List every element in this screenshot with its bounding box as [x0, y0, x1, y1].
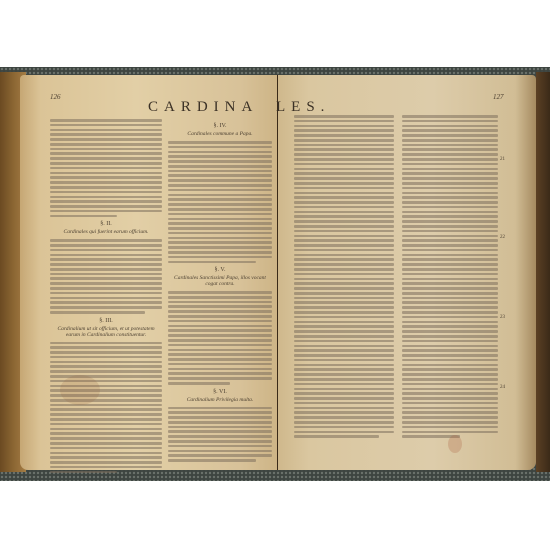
section-title: Cardinalium ut sit officium, et ut potes… [50, 326, 162, 338]
book-cover-right-edge [536, 72, 550, 472]
section-marker: §. III. [50, 318, 162, 324]
section-title: Cardinales commune a Papa. [168, 131, 272, 137]
section-title: Cardinales Sanctissimi Papa, illos vocan… [168, 275, 272, 287]
section-marker: §. V. [168, 267, 272, 273]
paper-stain [448, 435, 462, 453]
left-page: 126 CARDINA §. II. Cardinales qui fuerin… [20, 75, 278, 470]
section-title: Cardinalium Privilegia multa. [168, 397, 272, 403]
section-marker: §. VI. [168, 389, 272, 395]
margin-number: 23 [500, 315, 505, 320]
right-page-number: 127 [493, 93, 504, 101]
left-page-column-2: §. IV. Cardinales commune a Papa. §. V. … [168, 119, 272, 464]
left-page-column-1: §. II. Cardinales qui fuerint earum offi… [50, 119, 162, 475]
right-page-column-2 [402, 115, 498, 440]
margin-number: 24 [500, 385, 505, 390]
section-title: Cardinales qui fuerint earum officium. [50, 229, 162, 235]
section-marker: §. IV. [168, 123, 272, 129]
right-page-column-1 [294, 115, 394, 440]
margin-number: 22 [500, 235, 505, 240]
left-running-head: CARDINA [148, 99, 258, 116]
right-page: LES. 127 21 [278, 75, 536, 470]
left-page-number: 126 [50, 93, 61, 101]
paper-stain [60, 375, 100, 405]
right-running-head: LES. [276, 99, 330, 116]
margin-number: 21 [500, 157, 505, 162]
section-marker: §. II. [50, 221, 162, 227]
